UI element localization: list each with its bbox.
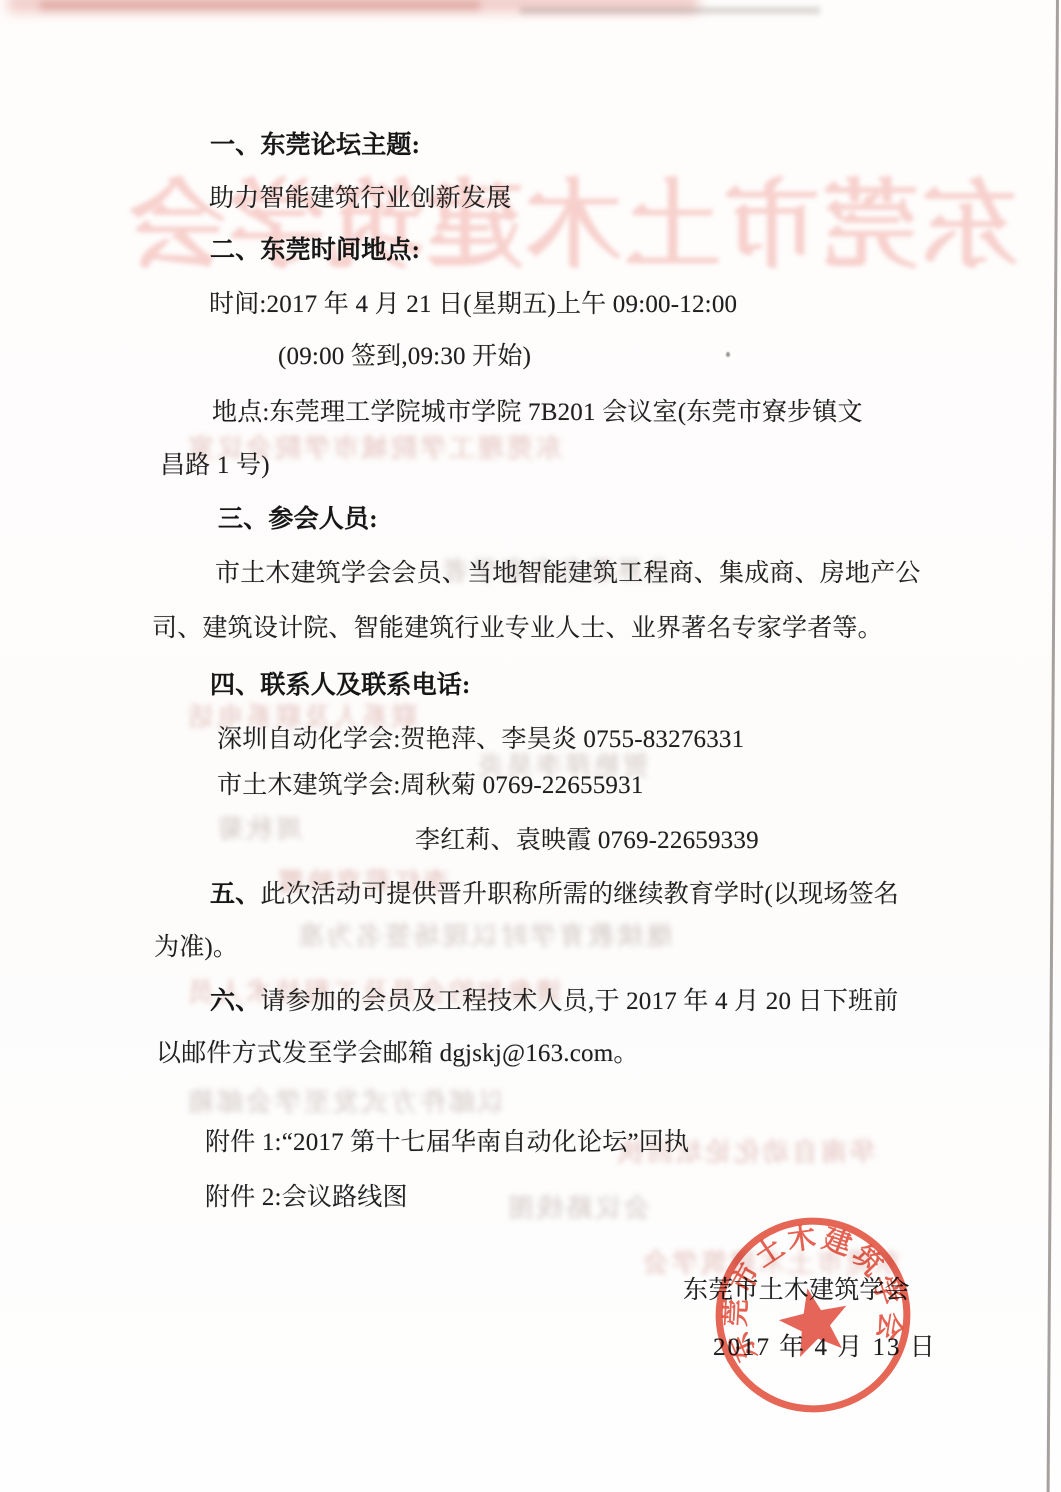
doc-line-attendees: 市土木建筑学会会员、当地智能建筑工程商、集成商、房地产公 xyxy=(215,559,921,589)
heading-text: 三、参会人员: xyxy=(218,506,378,533)
doc-line-attendees-wrap: 司、建筑设计院、智能建筑行业专业人士、业界著名专家学者等。 xyxy=(152,614,883,644)
line-text: 市土木建筑学会会员、当地智能建筑工程商、集成商、房地产公 xyxy=(215,560,921,587)
doc-line-contact-1: 深圳自动化学会:贺艳萍、李昊炎 0755-83276331 xyxy=(217,725,744,755)
doc-line-item-6: 六、请参加的会员及工程技术人员,于 2017 年 4 月 20 日下班前 xyxy=(210,987,898,1017)
heading-text: 二、东莞时间地点: xyxy=(210,237,420,264)
bleedthrough-ghost-text: 以邮件方式发至学会邮箱 xyxy=(185,1082,504,1119)
ink-speck xyxy=(726,352,730,357)
bleedthrough-ghost-text: 继续教育学时以现场签名为准 xyxy=(295,916,672,953)
doc-line-time: 时间:2017 年 4 月 21 日(星期五)上午 09:00-12:00 xyxy=(209,290,737,320)
line-text: 附件 1:“2017 第十七届华南自动化论坛”回执 xyxy=(205,1129,689,1156)
item-number: 六、 xyxy=(210,988,260,1015)
bleedthrough-ghost-text: 会议路线图 xyxy=(505,1188,650,1225)
scanned-notice-page: 东莞市土木建筑学会 东莞理工学院城市学院会议室 业界著名专家学者 联系人及联系电… xyxy=(0,0,1061,1492)
item-number: 五、 xyxy=(210,881,260,908)
line-text: (09:00 签到,09:30 开始) xyxy=(278,343,531,370)
doc-line-heading-1: 一、东莞论坛主题: xyxy=(210,131,420,161)
page-edge-line xyxy=(1047,0,1059,1492)
line-text: 为准)。 xyxy=(154,934,238,961)
doc-line-contact-3: 李红莉、袁映霞 0769-22659339 xyxy=(415,826,759,856)
doc-line-location-wrap: 昌路 1 号) xyxy=(160,451,270,481)
line-text: 以邮件方式发至学会邮箱 dgjskj@163.com。 xyxy=(156,1040,639,1067)
line-text: 李红莉、袁映霞 0769-22659339 xyxy=(415,827,759,854)
bleedthrough-ghost-text: 周秋菊 xyxy=(215,809,302,846)
line-text: 时间:2017 年 4 月 21 日(星期五)上午 09:00-12:00 xyxy=(209,291,737,318)
doc-line-contact-2: 市土木建筑学会:周秋菊 0769-22655931 xyxy=(217,771,644,801)
doc-line-item-6-wrap: 以邮件方式发至学会邮箱 dgjskj@163.com。 xyxy=(156,1039,639,1069)
heading-text: 一、东莞论坛主题: xyxy=(210,132,420,159)
official-seal-stamp: 东莞市土木建筑学会 xyxy=(702,1204,924,1426)
doc-line-heading-3: 三、参会人员: xyxy=(218,505,378,535)
top-edge-smudge xyxy=(520,7,820,14)
line-text: 请参加的会员及工程技术人员,于 2017 年 4 月 20 日下班前 xyxy=(260,988,898,1015)
doc-line-time-detail: (09:00 签到,09:30 开始) xyxy=(278,342,531,372)
line-text: 地点:东莞理工学院城市学院 7B201 会议室(东莞市寮步镇文 xyxy=(212,399,863,426)
doc-line-heading-2: 二、东莞时间地点: xyxy=(210,236,420,266)
doc-line: 助力智能建筑行业创新发展 xyxy=(209,184,511,214)
line-text: 助力智能建筑行业创新发展 xyxy=(209,185,511,212)
heading-text: 四、联系人及联系电话: xyxy=(210,672,471,699)
line-text: 深圳自动化学会:贺艳萍、李昊炎 0755-83276331 xyxy=(217,726,744,753)
doc-line-location: 地点:东莞理工学院城市学院 7B201 会议室(东莞市寮步镇文 xyxy=(212,398,863,428)
top-edge-smudge xyxy=(40,1,480,10)
seal-group: 东莞市土木建筑学会 xyxy=(702,1204,924,1426)
doc-line-item-5-wrap: 为准)。 xyxy=(154,933,238,963)
doc-line-item-5: 五、此次活动可提供晋升职称所需的继续教育学时(以现场签名 xyxy=(210,880,899,910)
seal-star-icon xyxy=(774,1281,855,1360)
line-text: 市土木建筑学会:周秋菊 0769-22655931 xyxy=(217,772,644,799)
line-text: 司、建筑设计院、智能建筑行业专业人士、业界著名专家学者等。 xyxy=(152,615,883,642)
doc-line-attachment-1: 附件 1:“2017 第十七届华南自动化论坛”回执 xyxy=(205,1128,689,1158)
line-text: 此次活动可提供晋升职称所需的继续教育学时(以现场签名 xyxy=(260,881,899,908)
line-text: 附件 2:会议路线图 xyxy=(205,1184,408,1211)
doc-line-attachment-2: 附件 2:会议路线图 xyxy=(205,1183,408,1213)
doc-line-heading-4: 四、联系人及联系电话: xyxy=(210,671,471,701)
line-text: 昌路 1 号) xyxy=(160,452,270,479)
